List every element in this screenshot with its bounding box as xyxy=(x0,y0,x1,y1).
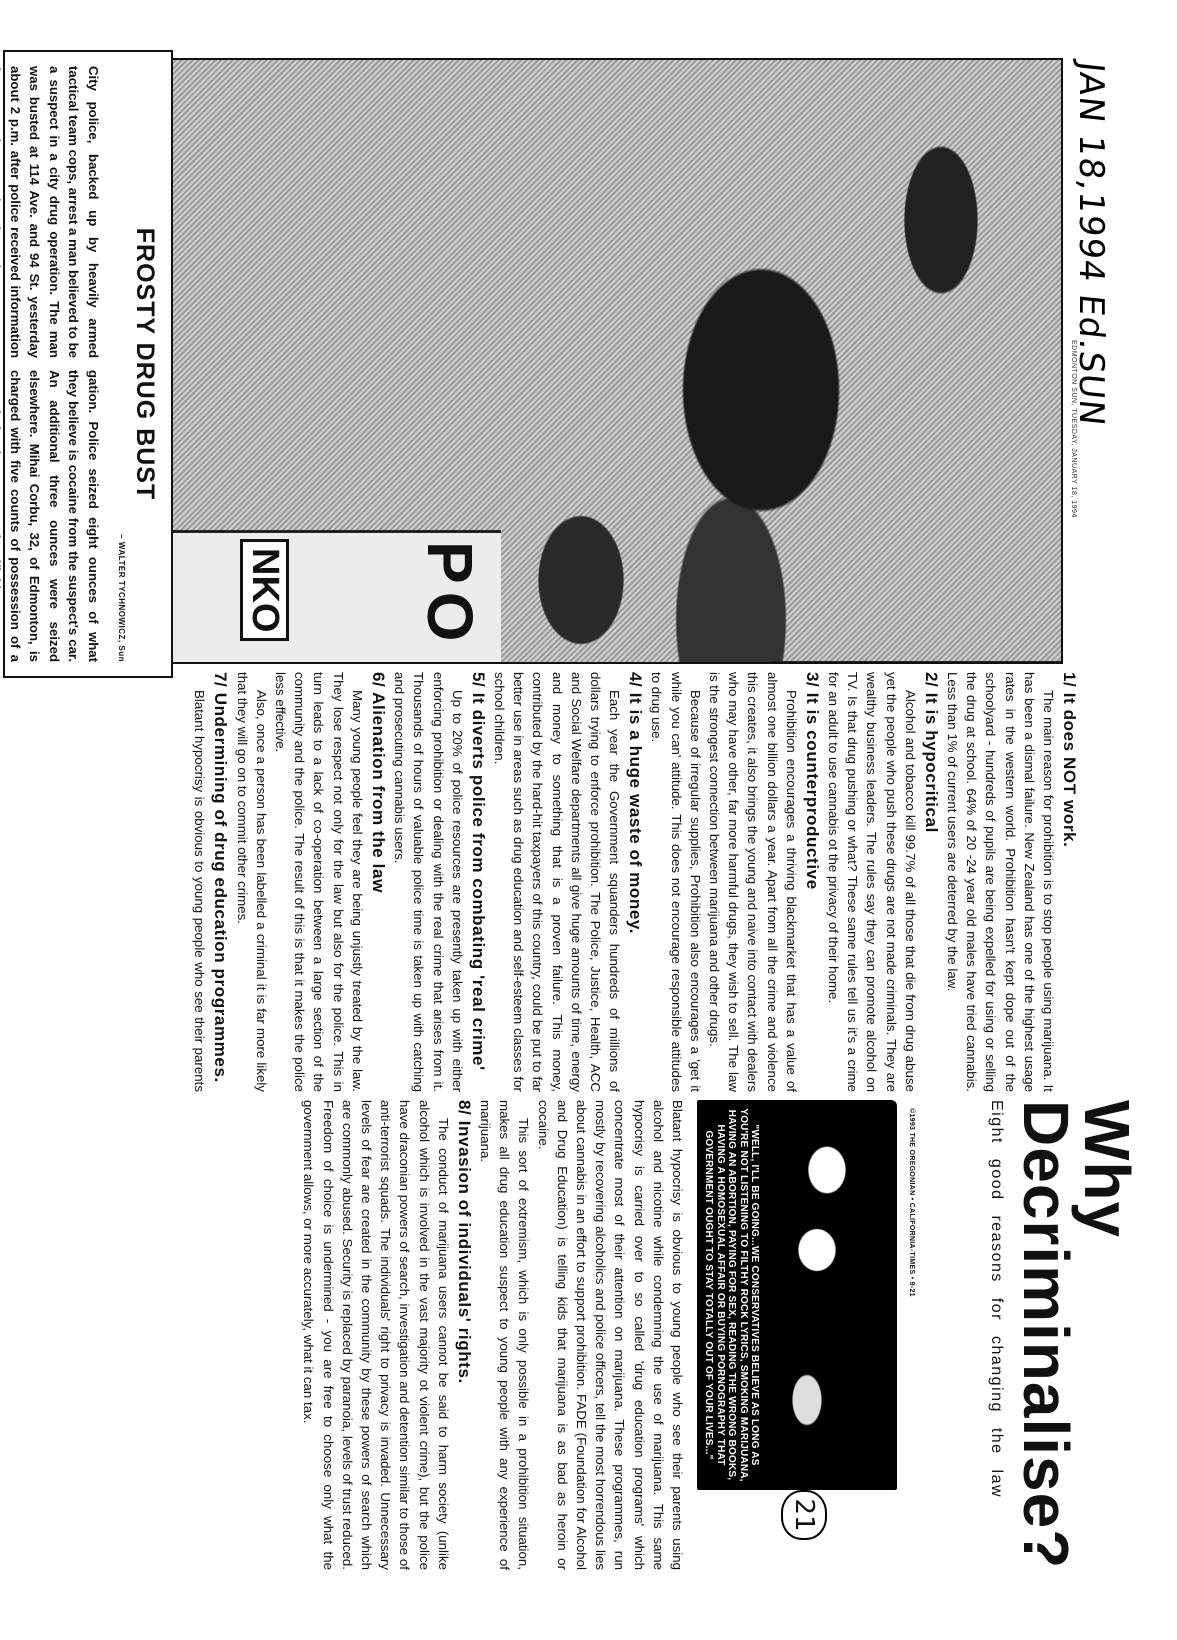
news-item-box: FROSTY DRUG BUST – WALTER TYCHNOWICZ, Su… xyxy=(3,50,173,678)
section-heading: 1/ It does NOT work. xyxy=(1059,672,1079,1092)
headline-line-2: Decriminalise? xyxy=(1015,1100,1077,1620)
section-paragraph: Also, once a person has been labelled a … xyxy=(232,672,270,1092)
section-paragraph: Prohibition encourages a thriving blackm… xyxy=(705,672,801,1092)
section-heading: 4/ It is a huge waste of money. xyxy=(625,672,645,1092)
section-heading: 6/ Alienation from the law xyxy=(368,672,388,1092)
page-number: 21 xyxy=(781,1490,827,1540)
section-heading: 7/ Undermining of drug education program… xyxy=(210,672,230,1092)
section-paragraph: Many young people feel they are being un… xyxy=(271,672,367,1092)
section-paragraph: The main reason for prohibition is to st… xyxy=(943,672,1058,1092)
handwritten-date: JAN 18,1994 Ed.SUN xyxy=(1071,60,1111,428)
section-paragraph: Up to 20% of police resources are presen… xyxy=(390,672,467,1092)
car-lettering: PO xyxy=(413,541,487,649)
headline-line-1: Why xyxy=(1077,1100,1137,1620)
masthead-fragment: EDMONTON SUN, TUESDAY, JANUARY 18, 1994 xyxy=(1070,340,1077,518)
news-photo: PO NKO xyxy=(167,58,1063,664)
section-paragraph: Blatant hypocrisy is obvious to young pe… xyxy=(189,672,209,1092)
cartoon-illustration xyxy=(777,1100,897,1490)
news-item-column-2: gation. Police seized eight ounces of wh… xyxy=(0,370,103,662)
news-item-column-1: City police, backed up by heavily armed … xyxy=(0,66,103,358)
police-car-door: PO NKO xyxy=(169,530,501,664)
section-heading: 2/ It is hypocritical xyxy=(921,672,941,1092)
article-column-1: 1/ It does NOT work. The main reason for… xyxy=(189,672,1081,1092)
section-paragraph: Blatant hypocrisy is obvious to young pe… xyxy=(533,1100,687,1570)
section-paragraph: This sort of extremism, which is only po… xyxy=(476,1100,534,1570)
photo-credit: – WALTER TYCHNOWICZ, Sun xyxy=(117,66,126,662)
article-headline: Why Decriminalise? Eight good reasons fo… xyxy=(987,1100,1137,1620)
editorial-cartoon: "WELL, I'LL BE GOING...WE CONSERVATIVES … xyxy=(697,1100,897,1490)
section-heading: 5/ It diverts police from combating 'rea… xyxy=(468,672,488,1092)
section-heading: 8/ Invasion of individuals' rights. xyxy=(454,1100,474,1570)
news-item-title: FROSTY DRUG BUST xyxy=(130,66,159,662)
section-paragraph: Alcohol and tobacco kill 99.7% of all th… xyxy=(824,672,920,1092)
police-car xyxy=(771,661,1061,664)
cartoon-caption: "WELL, I'LL BE GOING...WE CONSERVATIVES … xyxy=(703,1108,761,1482)
subheadline: Eight good reasons for changing the law xyxy=(987,1100,1005,1620)
cartoon-credit: ©1993 THE OREGONIAN • CALIFORNIA-TIMES •… xyxy=(908,1108,915,1438)
scanned-page: JAN 18,1994 Ed.SUN EDMONTON SUN, TUESDAY… xyxy=(0,0,1177,1640)
section-heading: 3/ It is counterproductive xyxy=(802,672,822,1092)
section-paragraph: The conduct of marijuana users cannot be… xyxy=(299,1100,453,1570)
section-paragraph: Each year the Government squanders hundr… xyxy=(490,672,624,1092)
article-column-2: Blatant hypocrisy is obvious to young pe… xyxy=(299,1100,687,1570)
section-paragraph: Because of irregular supplies, Prohibiti… xyxy=(647,672,705,1092)
license-plate: NKO xyxy=(240,539,289,641)
